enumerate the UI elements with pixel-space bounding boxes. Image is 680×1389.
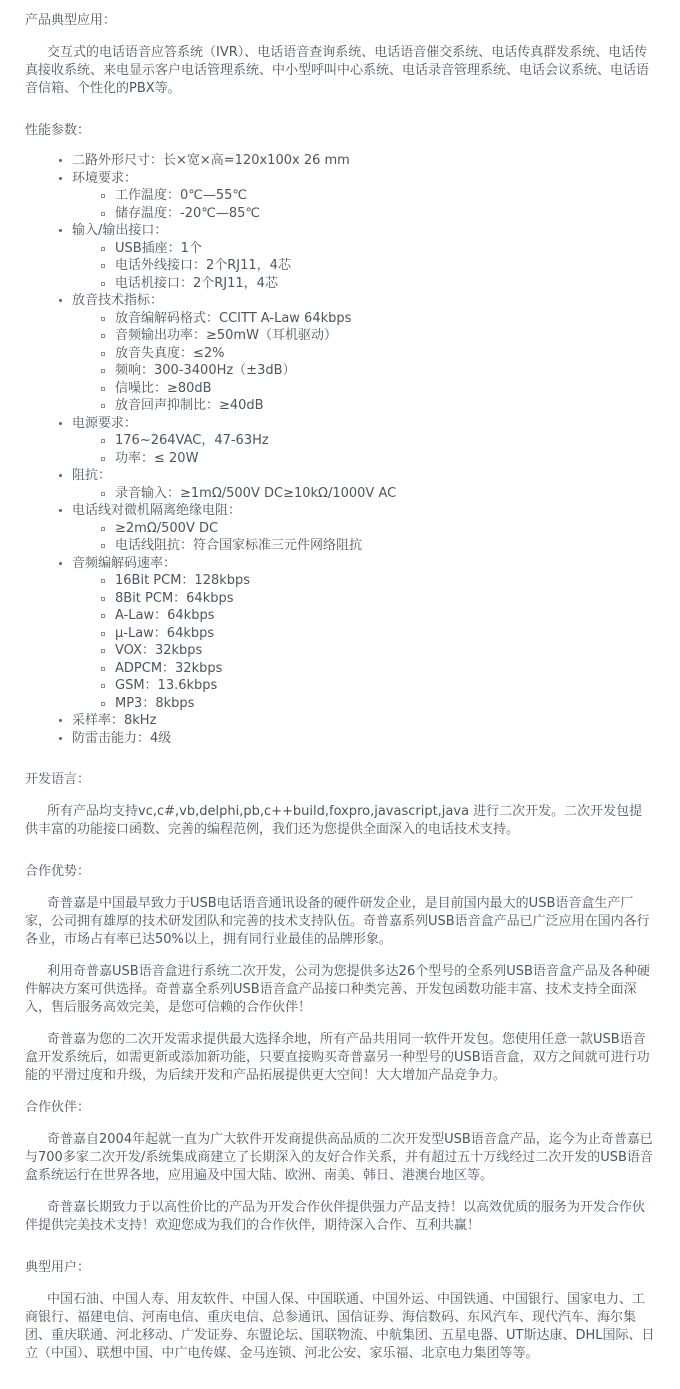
spec-sublist: 放音编解码格式：CCITT A-Law 64kbps 音频输出功率：≥50mW（…	[72, 310, 655, 415]
spec-item-label: 采样率：8kHz	[72, 713, 156, 728]
section-development-languages: 开发语言： 所有产品均支持vc,c#,vb,delphi,pb,c++build…	[25, 771, 655, 839]
paragraph: 利用奇普嘉USB语音盒进行系统二次开发，公司为您提供多达26个型号的全系列USB…	[25, 963, 655, 1017]
paragraph: 奇普嘉是中国最早致力于USB电话语音通讯设备的硬件研发企业，是目前国内最大的US…	[25, 895, 655, 949]
spec-item-label: 环境要求：	[72, 171, 137, 186]
spec-subitem: USB插座：1个	[72, 240, 655, 258]
spec-item: 二路外形尺寸：长×宽×高=120x100x 26 mm	[25, 152, 655, 170]
spec-subitem: ADPCM：32kbps	[72, 660, 655, 678]
spec-sublist: 录音输入：≥1mΩ/500V DC≥10kΩ/1000V AC	[72, 485, 655, 503]
section-heading-development-languages: 开发语言：	[25, 771, 655, 789]
spec-item-label: 放音技术指标：	[72, 293, 163, 308]
section-typical-users: 典型用户： 中国石油、中国人寿、用友软件、中国人保、中国联通、中国外运、中国铁通…	[25, 1259, 655, 1363]
section-performance-parameters: 性能参数： 二路外形尺寸：长×宽×高=120x100x 26 mm 环境要求： …	[25, 122, 655, 747]
spec-item-label: 电话线对微机隔离绝缘电阻：	[72, 503, 241, 518]
paragraph: 奇普嘉自2004年起就一直为广大软件开发商提供高品质的二次开发型USB语音盒产品…	[25, 1131, 655, 1185]
spec-item-label: 音频编解码速率：	[72, 556, 176, 571]
spec-subitem: 176~264VAC，47-63Hz	[72, 432, 655, 450]
spec-subitem: 电话外线接口：2个RJ11，4芯	[72, 257, 655, 275]
spec-subitem: 储存温度：-20℃—85℃	[72, 205, 655, 223]
section-heading-performance-parameters: 性能参数：	[25, 122, 655, 140]
spec-subitem: 8Bit PCM：64kbps	[72, 590, 655, 608]
section-typical-applications: 产品典型应用： 交互式的电话语音应答系统（IVR）、电话语音查询系统、电话语音催…	[25, 12, 655, 98]
spec-subitem: 放音失真度：≤2%	[72, 345, 655, 363]
spec-subitem: MP3：8kbps	[72, 695, 655, 713]
spec-subitem: μ-Law：64kbps	[72, 625, 655, 643]
spec-item: 放音技术指标： 放音编解码格式：CCITT A-Law 64kbps 音频输出功…	[25, 292, 655, 415]
paragraph: 所有产品均支持vc,c#,vb,delphi,pb,c++build,foxpr…	[25, 803, 655, 839]
spec-item: 电源要求： 176~264VAC，47-63Hz 功率：≤ 20W	[25, 415, 655, 468]
spec-item-label: 阻抗：	[72, 468, 111, 483]
section-heading-cooperation-advantages: 合作优势：	[25, 863, 655, 881]
spec-item: 音频编解码速率： 16Bit PCM：128kbps 8Bit PCM：64kb…	[25, 555, 655, 713]
paragraph: 中国石油、中国人寿、用友软件、中国人保、中国联通、中国外运、中国铁通、中国银行、…	[25, 1291, 655, 1363]
spec-subitem: A-Law：64kbps	[72, 607, 655, 625]
spec-subitem: VOX：32kbps	[72, 642, 655, 660]
spec-item: 电话线对微机隔离绝缘电阻： ≥2mΩ/500V DC 电话线阻抗：符合国家标准三…	[25, 502, 655, 555]
spec-subitem: 电话线阻抗：符合国家标准三元件网络阻抗	[72, 537, 655, 555]
spec-item-label: 二路外形尺寸：长×宽×高=120x100x 26 mm	[72, 153, 350, 168]
paragraph: 奇普嘉为您的二次开发需求提供最大选择余地，所有产品共用同一软件开发包。您使用任意…	[25, 1031, 655, 1085]
section-heading-typical-applications: 产品典型应用：	[25, 12, 655, 30]
spec-item-label: 输入/输出接口：	[72, 223, 167, 238]
paragraph: 交互式的电话语音应答系统（IVR）、电话语音查询系统、电话语音催交系统、电话传真…	[25, 44, 655, 98]
section-heading-typical-users: 典型用户：	[25, 1259, 655, 1277]
spec-subitem: 16Bit PCM：128kbps	[72, 572, 655, 590]
spec-item: 采样率：8kHz	[25, 712, 655, 730]
spec-item-label: 防雷击能力：4级	[72, 731, 171, 746]
section-heading-cooperation-partners: 合作伙伴：	[25, 1099, 655, 1117]
spec-subitem: 频响：300-3400Hz（±3dB）	[72, 362, 655, 380]
product-doc-page: 产品典型应用： 交互式的电话语音应答系统（IVR）、电话语音查询系统、电话语音催…	[25, 12, 655, 1363]
spec-subitem: 放音回声抑制比：≥40dB	[72, 397, 655, 415]
spec-list: 二路外形尺寸：长×宽×高=120x100x 26 mm 环境要求： 工作温度：0…	[25, 152, 655, 747]
spec-item: 防雷击能力：4级	[25, 730, 655, 748]
spec-subitem: 信噪比：≥80dB	[72, 380, 655, 398]
spec-item: 输入/输出接口： USB插座：1个 电话外线接口：2个RJ11，4芯 电话机接口…	[25, 222, 655, 292]
spec-subitem: 放音编解码格式：CCITT A-Law 64kbps	[72, 310, 655, 328]
spec-subitem: 录音输入：≥1mΩ/500V DC≥10kΩ/1000V AC	[72, 485, 655, 503]
spec-sublist: ≥2mΩ/500V DC 电话线阻抗：符合国家标准三元件网络阻抗	[72, 520, 655, 555]
spec-subitem: GSM：13.6kbps	[72, 677, 655, 695]
spec-item-label: 电源要求：	[72, 416, 137, 431]
section-cooperation-partners: 合作伙伴： 奇普嘉自2004年起就一直为广大软件开发商提供高品质的二次开发型US…	[25, 1099, 655, 1235]
spec-item: 阻抗： 录音输入：≥1mΩ/500V DC≥10kΩ/1000V AC	[25, 467, 655, 502]
section-cooperation-advantages: 合作优势： 奇普嘉是中国最早致力于USB电话语音通讯设备的硬件研发企业，是目前国…	[25, 863, 655, 1085]
spec-subitem: 电话机接口：2个RJ11，4芯	[72, 275, 655, 293]
paragraph: 奇普嘉长期致力于以高性价比的产品为开发合作伙伴提供强力产品支持！以高效优质的服务…	[25, 1199, 655, 1235]
spec-sublist: USB插座：1个 电话外线接口：2个RJ11，4芯 电话机接口：2个RJ11，4…	[72, 240, 655, 293]
spec-subitem: 功率：≤ 20W	[72, 450, 655, 468]
spec-item: 环境要求： 工作温度：0℃—55℃ 储存温度：-20℃—85℃	[25, 170, 655, 223]
spec-sublist: 16Bit PCM：128kbps 8Bit PCM：64kbps A-Law：…	[72, 572, 655, 712]
spec-subitem: ≥2mΩ/500V DC	[72, 520, 655, 538]
spec-subitem: 音频输出功率：≥50mW（耳机驱动）	[72, 327, 655, 345]
spec-sublist: 176~264VAC，47-63Hz 功率：≤ 20W	[72, 432, 655, 467]
spec-subitem: 工作温度：0℃—55℃	[72, 187, 655, 205]
spec-sublist: 工作温度：0℃—55℃ 储存温度：-20℃—85℃	[72, 187, 655, 222]
